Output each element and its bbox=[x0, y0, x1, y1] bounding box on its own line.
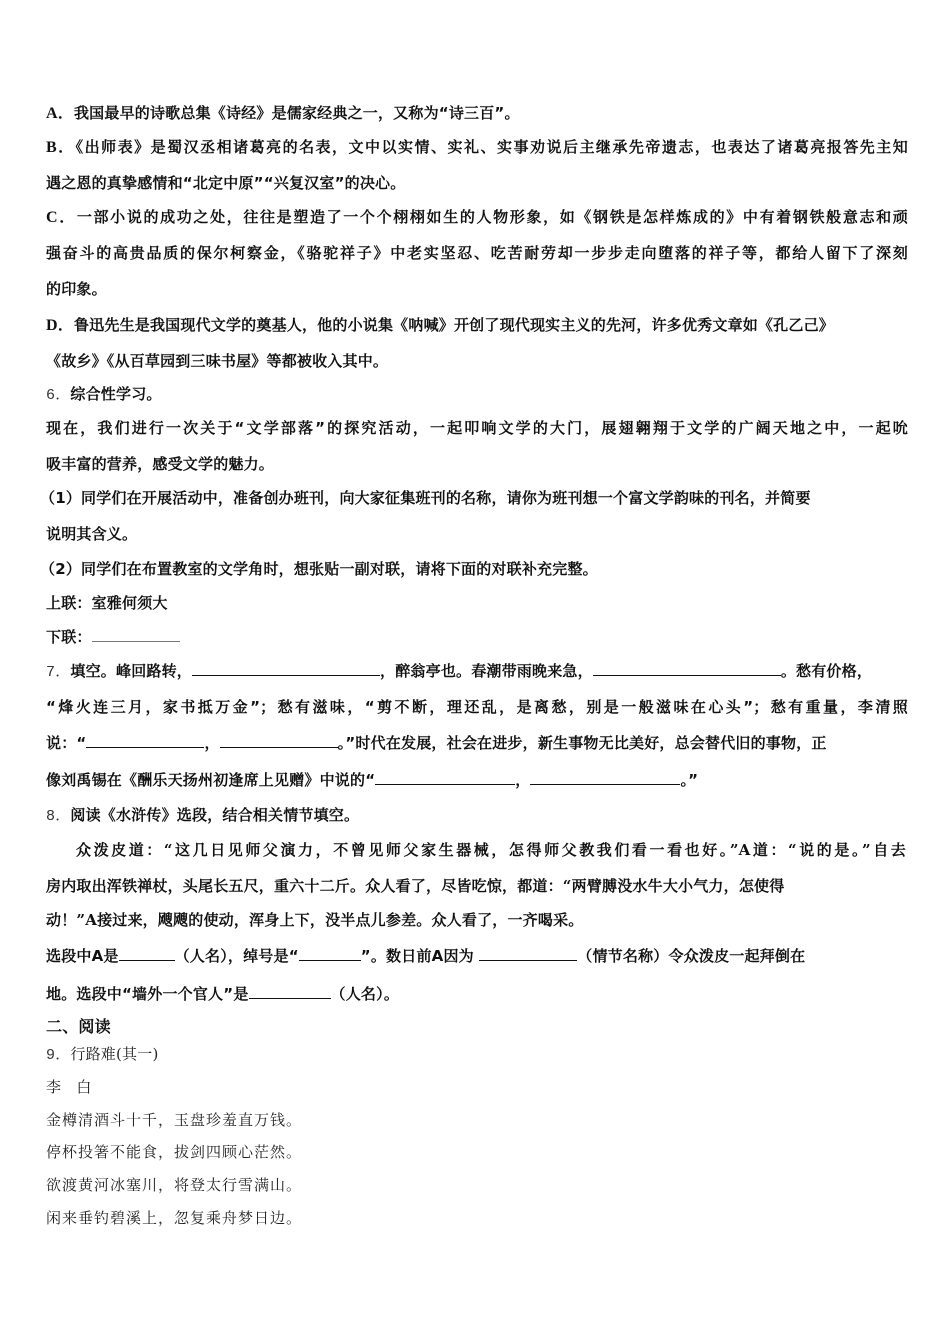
question-text: ，醉翁亭也。春潮带雨晚来急， bbox=[380, 662, 593, 680]
question-6-sub1-line-2: 说明其含义。 bbox=[46, 524, 908, 544]
option-text: 遇之恩的真挚感情和“北定中原”“兴复汉室”的决心。 bbox=[46, 174, 405, 192]
poem-line-1: 金樽清酒斗十千，玉盘珍羞直万钱。 bbox=[46, 1110, 908, 1130]
fill-blank-name[interactable] bbox=[119, 946, 175, 961]
question-8-fill-line-2: 地。选段中“墙外一个官人”是（人名）。 bbox=[46, 984, 908, 1004]
option-c-line-2: 强奋斗的高贵品质的保尔柯察金，《骆驼祥子》中老实坚忍、吃苦耐劳却一步步走向堕落的… bbox=[46, 243, 908, 263]
question-8-title: 8．阅读《水浒传》选段，结合相关情节填空。 bbox=[46, 805, 908, 827]
poem-line-2: 停杯投箸不能食，拔剑四顾心茫然。 bbox=[46, 1142, 908, 1162]
question-title: 阅读《水浒传》选段，结合相关情节填空。 bbox=[70, 806, 359, 824]
passage-line-2: 房内取出浑铁禅杖，头尾长五尺，重六十二斤。众人看了，尽皆吃惊，都道：“两臂膊没水… bbox=[46, 876, 908, 896]
sub-question-text: 说明其含义。 bbox=[46, 525, 137, 543]
couplet-lower-blank[interactable] bbox=[92, 627, 180, 642]
fill-blank-2[interactable] bbox=[593, 661, 781, 676]
option-letter: C． bbox=[46, 209, 77, 226]
question-text: ”。数日前A因为 bbox=[361, 947, 480, 965]
poem-title: 行路难(其一) bbox=[70, 1045, 158, 1063]
question-text: 像刘禹锡在《酬乐天扬州初逢席上见赠》中说的“ bbox=[46, 771, 375, 789]
fill-blank-nickname[interactable] bbox=[299, 946, 361, 961]
question-text: 。愁有价格， bbox=[781, 662, 872, 680]
question-number: 8． bbox=[46, 808, 70, 825]
question-9-title: 9．行路难(其一) bbox=[46, 1044, 908, 1066]
poem-line-3: 欲渡黄河冰塞川，将登太行雪满山。 bbox=[46, 1175, 908, 1195]
poem-verse: 欲渡黄河冰塞川，将登太行雪满山。 bbox=[46, 1176, 302, 1194]
poem-verse: 停杯投箸不能食，拔剑四顾心茫然。 bbox=[46, 1143, 302, 1161]
section-heading: 二、阅读 bbox=[46, 1017, 908, 1037]
option-letter: A． bbox=[46, 105, 74, 122]
intro-text: 现在，我们进行一次关于“文学部落”的探究活动，一起叩响文学的大门，展翅翱翔于文学… bbox=[46, 419, 908, 437]
passage-line-3: 动！”A接过来，飕飕的使动，浑身上下，没半点儿参差。众人看了，一齐喝采。 bbox=[46, 910, 908, 930]
question-text: （人名），绰号是“ bbox=[175, 947, 299, 965]
couplet-upper: 上联：室雅何须大 bbox=[46, 593, 908, 613]
question-7-line-2: “烽火连三月，家书抵万金”；愁有滋味，“剪不断，理还乱，是离愁，别是一般滋味在心… bbox=[46, 697, 908, 717]
option-text: 一部小说的成功之处，往往是塑造了一个个栩栩如生的人物形象，如《钢铁是怎样炼成的》… bbox=[77, 208, 908, 226]
option-b-line-1: B．《出师表》是蜀汉丞相诸葛亮的名表，文中以实情、实礼、实事劝说后主继承先帝遗志… bbox=[46, 137, 908, 158]
question-6-intro-2: 吸丰富的营养，感受文学的魅力。 bbox=[46, 454, 908, 474]
option-text: 《出师表》是蜀汉丞相诸葛亮的名表，文中以实情、实礼、实事劝说后主继承先帝遗志，也… bbox=[76, 138, 908, 156]
passage-line-1: 众泼皮道：“这几日见师父演力，不曾见师父家生器械，怎得师父教我们看一看也好。”A… bbox=[76, 840, 906, 860]
fill-blank-episode[interactable] bbox=[479, 946, 577, 961]
passage-text: 动！”A接过来，飕飕的使动，浑身上下，没半点儿参差。众人看了，一齐喝采。 bbox=[46, 911, 583, 929]
fill-blank-5[interactable] bbox=[375, 770, 515, 785]
passage-text: 房内取出浑铁禅杖，头尾长五尺，重六十二斤。众人看了，尽皆吃惊，都道：“两臂膊没水… bbox=[46, 877, 784, 895]
option-text: 的印象。 bbox=[46, 280, 107, 298]
fill-blank-6[interactable] bbox=[530, 770, 680, 785]
question-text: 说：“ bbox=[46, 734, 86, 752]
question-text: 。” bbox=[680, 771, 698, 789]
poem-verse: 闲来垂钓碧溪上，忽复乘舟梦日边。 bbox=[46, 1209, 302, 1227]
fill-blank-1[interactable] bbox=[192, 661, 380, 676]
sub-question-text: （1）同学们在开展活动中，准备创办班刊，向大家征集班刊的名称，请你为班刊想一个富… bbox=[40, 489, 811, 507]
question-6-sub2: （2）同学们在布置教室的文学角时，想张贴一副对联，请将下面的对联补充完整。 bbox=[40, 559, 902, 579]
question-text: ， bbox=[204, 734, 219, 752]
section-title: 二、阅读 bbox=[46, 1017, 111, 1036]
option-text: 鲁迅先生是我国现代文学的奠基人，他的小说集《呐喊》开创了现代现实主义的先河，许多… bbox=[74, 316, 834, 334]
option-text: 强奋斗的高贵品质的保尔柯察金，《骆驼祥子》中老实坚忍、吃苦耐劳却一步步走向堕落的… bbox=[46, 244, 908, 262]
question-text: 地。选段中“墙外一个官人”是 bbox=[46, 985, 249, 1003]
couplet-text: 室雅何须大 bbox=[92, 594, 168, 612]
sub-question-text: （2）同学们在布置教室的文学角时，想张贴一副对联，请将下面的对联补充完整。 bbox=[40, 560, 598, 578]
option-a: A．我国最早的诗歌总集《诗经》是儒家经典之一，又称为“诗三百”。 bbox=[46, 103, 908, 124]
couplet-label: 下联： bbox=[46, 628, 92, 646]
poem-author: 李 白 bbox=[46, 1077, 908, 1097]
question-number: 7． bbox=[46, 664, 70, 681]
option-d-line-1: D．鲁迅先生是我国现代文学的奠基人，他的小说集《呐喊》开创了现代现实主义的先河，… bbox=[46, 315, 908, 336]
question-text: （情节名称）令众泼皮一起拜倒在 bbox=[577, 947, 805, 965]
question-text: （人名）。 bbox=[331, 985, 400, 1003]
option-text: 我国最早的诗歌总集《诗经》是儒家经典之一，又称为“诗三百”。 bbox=[74, 104, 520, 122]
author-name: 李 白 bbox=[46, 1078, 92, 1096]
question-8-fill-line-1: 选段中A是（人名），绰号是“”。数日前A因为 （情节名称）令众泼皮一起拜倒在 bbox=[46, 946, 908, 966]
passage-text: 众泼皮道：“这几日见师父演力，不曾见师父家生器械，怎得师父教我们看一看也好。”A… bbox=[76, 841, 906, 859]
question-number: 6． bbox=[46, 387, 70, 404]
question-text: ， bbox=[515, 771, 530, 789]
question-7-line-1: 7．填空。峰回路转，，醉翁亭也。春潮带雨晚来急，。愁有价格， bbox=[46, 661, 908, 683]
question-6-sub1-line-1: （1）同学们在开展活动中，准备创办班刊，向大家征集班刊的名称，请你为班刊想一个富… bbox=[40, 488, 902, 508]
exam-page: A．我国最早的诗歌总集《诗经》是儒家经典之一，又称为“诗三百”。 B．《出师表》… bbox=[0, 0, 950, 1344]
intro-text: 吸丰富的营养，感受文学的魅力。 bbox=[46, 455, 274, 473]
option-letter: B． bbox=[46, 139, 76, 156]
option-d-line-2: 《故乡》《从百草园到三味书屋》等都被收入其中。 bbox=[46, 351, 908, 371]
option-letter: D． bbox=[46, 317, 74, 334]
question-7-line-4: 像刘禹锡在《酬乐天扬州初逢席上见赠》中说的“，。” bbox=[46, 770, 908, 790]
fill-blank-4[interactable] bbox=[220, 733, 338, 748]
question-text: “烽火连三月，家书抵万金”；愁有滋味，“剪不断，理还乱，是离愁，别是一般滋味在心… bbox=[46, 698, 908, 716]
option-c-line-3: 的印象。 bbox=[46, 279, 908, 299]
question-text: 。”时代在发展，社会在进步，新生事物无比美好，总会替代旧的事物，正 bbox=[338, 734, 827, 752]
option-b-line-2: 遇之恩的真挚感情和“北定中原”“兴复汉室”的决心。 bbox=[46, 173, 908, 193]
question-title: 综合性学习。 bbox=[70, 385, 161, 403]
question-text: 选段中A是 bbox=[46, 947, 119, 965]
fill-blank-3[interactable] bbox=[86, 733, 204, 748]
couplet-lower: 下联： bbox=[46, 627, 908, 647]
couplet-label: 上联： bbox=[46, 594, 92, 612]
poem-line-4: 闲来垂钓碧溪上，忽复乘舟梦日边。 bbox=[46, 1208, 908, 1228]
fill-blank-official[interactable] bbox=[249, 984, 331, 999]
question-6-intro-1: 现在，我们进行一次关于“文学部落”的探究活动，一起叩响文学的大门，展翅翱翔于文学… bbox=[46, 418, 908, 438]
poem-verse: 金樽清酒斗十千，玉盘珍羞直万钱。 bbox=[46, 1111, 302, 1129]
question-text: 填空。峰回路转， bbox=[70, 662, 192, 680]
option-c-line-1: C．一部小说的成功之处，往往是塑造了一个个栩栩如生的人物形象，如《钢铁是怎样炼成… bbox=[46, 207, 908, 228]
question-6-title: 6．综合性学习。 bbox=[46, 384, 908, 406]
question-7-line-3: 说：“，。”时代在发展，社会在进步，新生事物无比美好，总会替代旧的事物，正 bbox=[46, 733, 908, 753]
question-number: 9． bbox=[46, 1047, 70, 1064]
option-text: 《故乡》《从百草园到三味书屋》等都被收入其中。 bbox=[46, 352, 388, 370]
